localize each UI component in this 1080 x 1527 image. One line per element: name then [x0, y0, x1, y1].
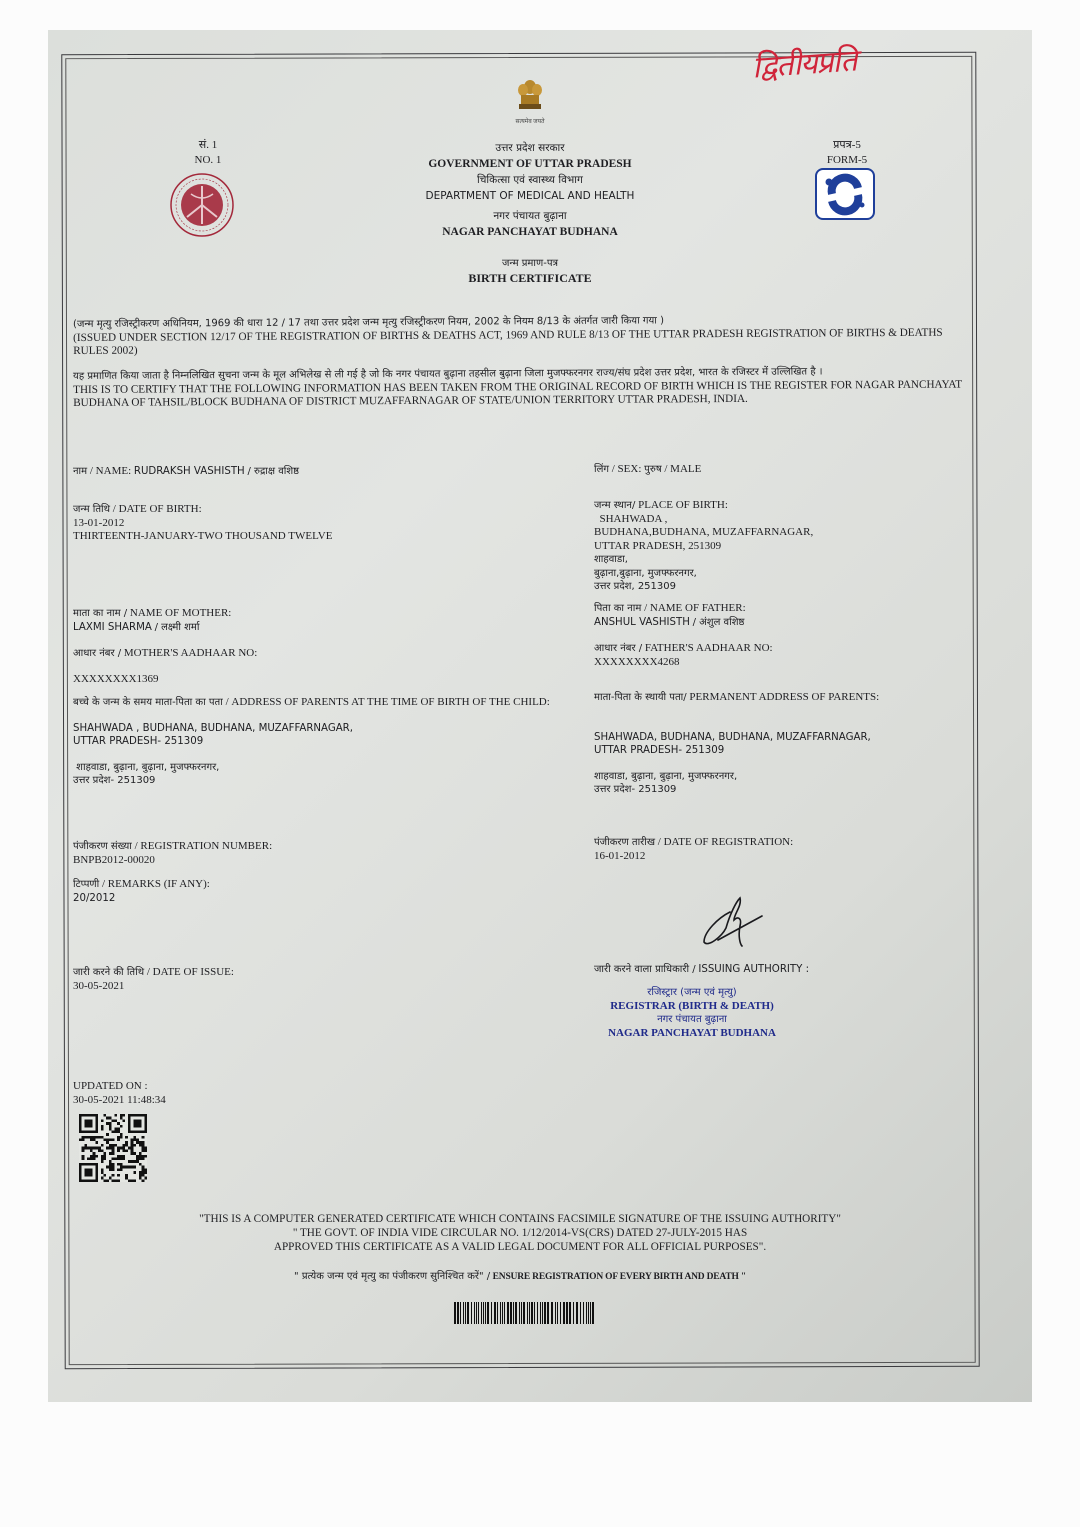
up-govt-seal-icon: [169, 172, 235, 243]
remarks-label-hi: टिप्पणी: [73, 879, 99, 890]
govt-name-en: GOVERNMENT OF UTTAR PRADESH: [380, 156, 680, 172]
updated-on-field: UPDATED ON : 30-05-2021 11:48:34: [73, 1080, 166, 1107]
father-aadhaar-label-en: FATHER'S AADHAAR NO:: [645, 642, 773, 654]
certificate-title: जन्म प्रमाण-पत्र BIRTH CERTIFICATE: [380, 256, 680, 286]
pob-line: BUDHANA,BUDHANA, MUZAFFARNAGAR,: [594, 526, 813, 540]
address-at-birth-line-hi: उत्तर प्रदेश- 251309: [73, 774, 583, 788]
sex-label-hi: लिंग: [594, 464, 609, 475]
father-value-en: ANSHUL VASHISTH: [594, 617, 690, 628]
mother-label-en: NAME OF MOTHER:: [130, 607, 231, 619]
issued-under-en: (ISSUED UNDER SECTION 12/17 OF THE REGIS…: [73, 326, 968, 358]
father-value-hi: / अंशुल वशिष्ठ: [693, 617, 745, 628]
form-number-en: FORM-5: [812, 153, 882, 168]
mother-value-en: LAXMI SHARMA: [73, 622, 152, 633]
barcode-icon: [454, 1302, 596, 1329]
father-aadhaar-field: आधार नंबर / FATHER'S AADHAAR NO: XXXXXXX…: [594, 642, 773, 669]
date-of-birth-field: जन्म तिथि / DATE OF BIRTH: 13-01-2012 TH…: [73, 503, 332, 544]
sex-value-hi: पुरुष: [644, 464, 661, 475]
mother-aadhaar-value: XXXXXXXX1369: [73, 673, 257, 687]
mother-aadhaar-field: आधार नंबर / MOTHER'S AADHAAR NO: XXXXXXX…: [73, 647, 257, 686]
certification-statement: यह प्रमाणित किया जाता है निम्नलिखित सुचन…: [73, 365, 968, 411]
serial-number-en: NO. 1: [188, 153, 228, 168]
registrar-stamp-office-hi: नगर पंचायत बुढ़ाना: [592, 1013, 792, 1027]
mother-aadhaar-label-hi: आधार नंबर /: [73, 648, 121, 659]
address-at-birth-field: बच्चे के जन्म के समय माता-पिता का पता / …: [73, 696, 583, 788]
form-number-hi: प्रपत्र-5: [812, 138, 882, 153]
footer-line: "THIS IS A COMPUTER GENERATED CERTIFICAT…: [165, 1212, 875, 1226]
govt-name-hi: उत्तर प्रदेश सरकार: [380, 140, 680, 156]
child-name-value-en: RUDRAKSH VASHISTH: [134, 466, 245, 477]
dept-name-hi: चिकित्सा एवं स्वास्थ्य विभाग: [380, 172, 680, 188]
pob-line: SHAHWADA ,: [594, 513, 813, 527]
pob-line-hi: उत्तर प्रदेश, 251309: [594, 580, 813, 594]
father-aadhaar-label-hi: आधार नंबर /: [594, 643, 642, 654]
slogan-en: ENSURE REGISTRATION OF EVERY BIRTH AND D…: [493, 1272, 746, 1282]
permanent-address-line: SHAHWADA, BUDHANA, BUDHANA, MUZAFFARNAGA…: [594, 731, 964, 745]
footer-line: " THE GOVT. OF INDIA VIDE CIRCULAR NO. 1…: [165, 1226, 875, 1240]
registrar-stamp-line-hi: रजिस्ट्रार (जन्म एवं मृत्यु): [592, 986, 792, 1000]
father-aadhaar-value: XXXXXXXX4268: [594, 656, 773, 670]
dob-label-en: / DATE OF BIRTH:: [113, 503, 202, 515]
reg-number-label-hi: पंजीकरण संख्या: [73, 841, 132, 852]
reg-date-label-en: / DATE OF REGISTRATION:: [658, 836, 793, 848]
child-name-label-en: / NAME:: [90, 465, 131, 477]
issue-date-value: 30-05-2021: [73, 980, 234, 994]
issue-date-label-hi: जारी करने की तिथि: [73, 967, 144, 978]
place-of-birth-field: जन्म स्थान/ PLACE OF BIRTH: SHAHWADA , B…: [594, 499, 813, 594]
sex-field: लिंग / SEX: पुरुष / MALE: [594, 463, 701, 477]
reg-date-value: 16-01-2012: [594, 850, 793, 864]
sex-label-en: / SEX:: [612, 463, 642, 475]
pob-line: UTTAR PRADESH, 251309: [594, 540, 813, 554]
sex-value-en: / MALE: [664, 463, 701, 475]
address-at-birth-line-hi: शाहवाडा, बुढ़ाना, बुढ़ाना, मुजफ्फरनगर,: [73, 761, 583, 775]
permanent-address-line-hi: शाहवाडा, बुढ़ाना, बुढ़ाना, मुजफ्फरनगर,: [594, 770, 964, 784]
updated-on-value: 30-05-2021 11:48:34: [73, 1094, 166, 1108]
issuing-authority-label-hi: जारी करने वाला प्राधिकारी /: [594, 964, 696, 975]
form-number: प्रपत्र-5 FORM-5: [812, 138, 882, 168]
registrar-stamp: रजिस्ट्रार (जन्म एवं मृत्यु) REGISTRAR (…: [592, 986, 792, 1040]
father-name-field: पिता का नाम / NAME OF FATHER: ANSHUL VAS…: [594, 602, 746, 629]
dob-value: 13-01-2012: [73, 517, 332, 531]
mother-value-hi: / लक्ष्मी शर्मा: [155, 622, 200, 633]
father-label-en: / NAME OF FATHER:: [644, 602, 746, 614]
reg-date-label-hi: पंजीकरण तारीख: [594, 837, 655, 848]
certification-en: THIS IS TO CERTIFY THAT THE FOLLOWING IN…: [73, 378, 968, 410]
registrar-stamp-line-en: REGISTRAR (BIRTH & DEATH): [592, 1000, 792, 1014]
serial-number-hi: सं. 1: [188, 138, 228, 153]
child-name-label-hi: नाम: [73, 466, 87, 477]
registration-number-field: पंजीकरण संख्या / REGISTRATION NUMBER: BN…: [73, 840, 272, 867]
address-at-birth-label-hi: बच्चे के जन्म के समय माता-पिता का पता: [73, 697, 223, 708]
remarks-label-en: / REMARKS (IF ANY):: [102, 878, 210, 890]
office-name-en: NAGAR PANCHAYAT BUDHANA: [380, 224, 680, 240]
certificate-title-en: BIRTH CERTIFICATE: [380, 271, 680, 286]
ashoka-emblem-icon: [515, 78, 545, 112]
reg-number-value: BNPB2012-00020: [73, 854, 272, 868]
qr-code-icon[interactable]: [79, 1114, 147, 1187]
footer-line: APPROVED THIS CERTIFICATE AS A VALID LEG…: [165, 1240, 875, 1254]
permanent-address-line-hi: उत्तर प्रदेश- 251309: [594, 783, 964, 797]
remarks-field: टिप्पणी / REMARKS (IF ANY): 20/2012: [73, 878, 210, 905]
registration-date-field: पंजीकरण तारीख / DATE OF REGISTRATION: 16…: [594, 836, 793, 863]
issuing-authority-label-en: ISSUING AUTHORITY :: [698, 964, 809, 975]
issued-under-clause: (जन्म मृत्यु रजिस्ट्रीकरण अधिनियम, 1969 …: [73, 313, 968, 359]
certificate-header: सत्यमेव जयते उत्तर प्रदेश सरकार GOVERNME…: [380, 78, 680, 240]
child-name-value-hi: / रुद्राक्ष वशिष्ठ: [247, 466, 299, 477]
pob-label-en: PLACE OF BIRTH:: [638, 499, 728, 511]
crs-logo-icon: [815, 168, 875, 225]
serial-number: सं. 1 NO. 1: [188, 138, 228, 168]
dob-value-words: THIRTEENTH-JANUARY-TWO THOUSAND TWELVE: [73, 530, 332, 544]
reg-number-label-en: / REGISTRATION NUMBER:: [135, 840, 273, 852]
mother-label-hi: माता का नाम /: [73, 608, 127, 619]
slogan-hi: " प्रत्येक जन्म एवं मृत्यु का पंजीकरण सु…: [294, 1271, 490, 1282]
issue-date-label-en: / DATE OF ISSUE:: [147, 966, 234, 978]
dob-label-hi: जन्म तिथि: [73, 504, 110, 515]
remarks-value: 20/2012: [73, 892, 210, 906]
issuing-authority-field: जारी करने वाला प्राधिकारी / ISSUING AUTH…: [594, 963, 809, 977]
mother-aadhaar-label-en: MOTHER'S AADHAAR NO:: [124, 647, 257, 659]
emblem-motto: सत्यमेव जयते: [380, 114, 680, 130]
pob-label-hi: जन्म स्थान/: [594, 500, 635, 511]
issue-date-field: जारी करने की तिथि / DATE OF ISSUE: 30-05…: [73, 966, 234, 993]
permanent-address-field: माता-पिता के स्थायी पता/ PERMANENT ADDRE…: [594, 691, 964, 797]
registrar-stamp-office-en: NAGAR PANCHAYAT BUDHANA: [592, 1027, 792, 1041]
pob-line-hi: शाहवाडा,: [594, 553, 813, 567]
permanent-address-label-hi: माता-पिता के स्थायी पता/: [594, 692, 687, 703]
dept-name-en: DEPARTMENT OF MEDICAL AND HEALTH: [380, 188, 680, 204]
permanent-address-line: UTTAR PRADESH- 251309: [594, 744, 964, 758]
child-name-field: नाम / NAME: RUDRAKSH VASHISTH / रुद्राक्…: [73, 465, 299, 479]
permanent-address-label-en: PERMANENT ADDRESS OF PARENTS:: [689, 691, 879, 703]
address-at-birth-line: SHAHWADA , BUDHANA, BUDHANA, MUZAFFARNAG…: [73, 722, 583, 736]
registration-slogan: " प्रत्येक जन्म एवं मृत्यु का पंजीकरण सु…: [165, 1268, 875, 1282]
address-at-birth-line: UTTAR PRADESH- 251309: [73, 735, 583, 749]
signature-icon: [696, 892, 766, 953]
address-at-birth-label-en: / ADDRESS OF PARENTS AT THE TIME OF BIRT…: [226, 696, 550, 708]
pob-line-hi: बुढ़ाना,बुढ़ाना, मुजफ्फरनगर,: [594, 567, 813, 581]
updated-on-label: UPDATED ON :: [73, 1080, 166, 1094]
footer-disclaimer: "THIS IS A COMPUTER GENERATED CERTIFICAT…: [165, 1212, 875, 1254]
father-label-hi: पिता का नाम: [594, 603, 641, 614]
office-name-hi: नगर पंचायत बुढ़ाना: [380, 208, 680, 224]
mother-name-field: माता का नाम / NAME OF MOTHER: LAXMI SHAR…: [73, 607, 231, 634]
certificate-title-hi: जन्म प्रमाण-पत्र: [380, 256, 680, 271]
duplicate-copy-stamp: द्वितीयप्रति: [751, 38, 858, 86]
